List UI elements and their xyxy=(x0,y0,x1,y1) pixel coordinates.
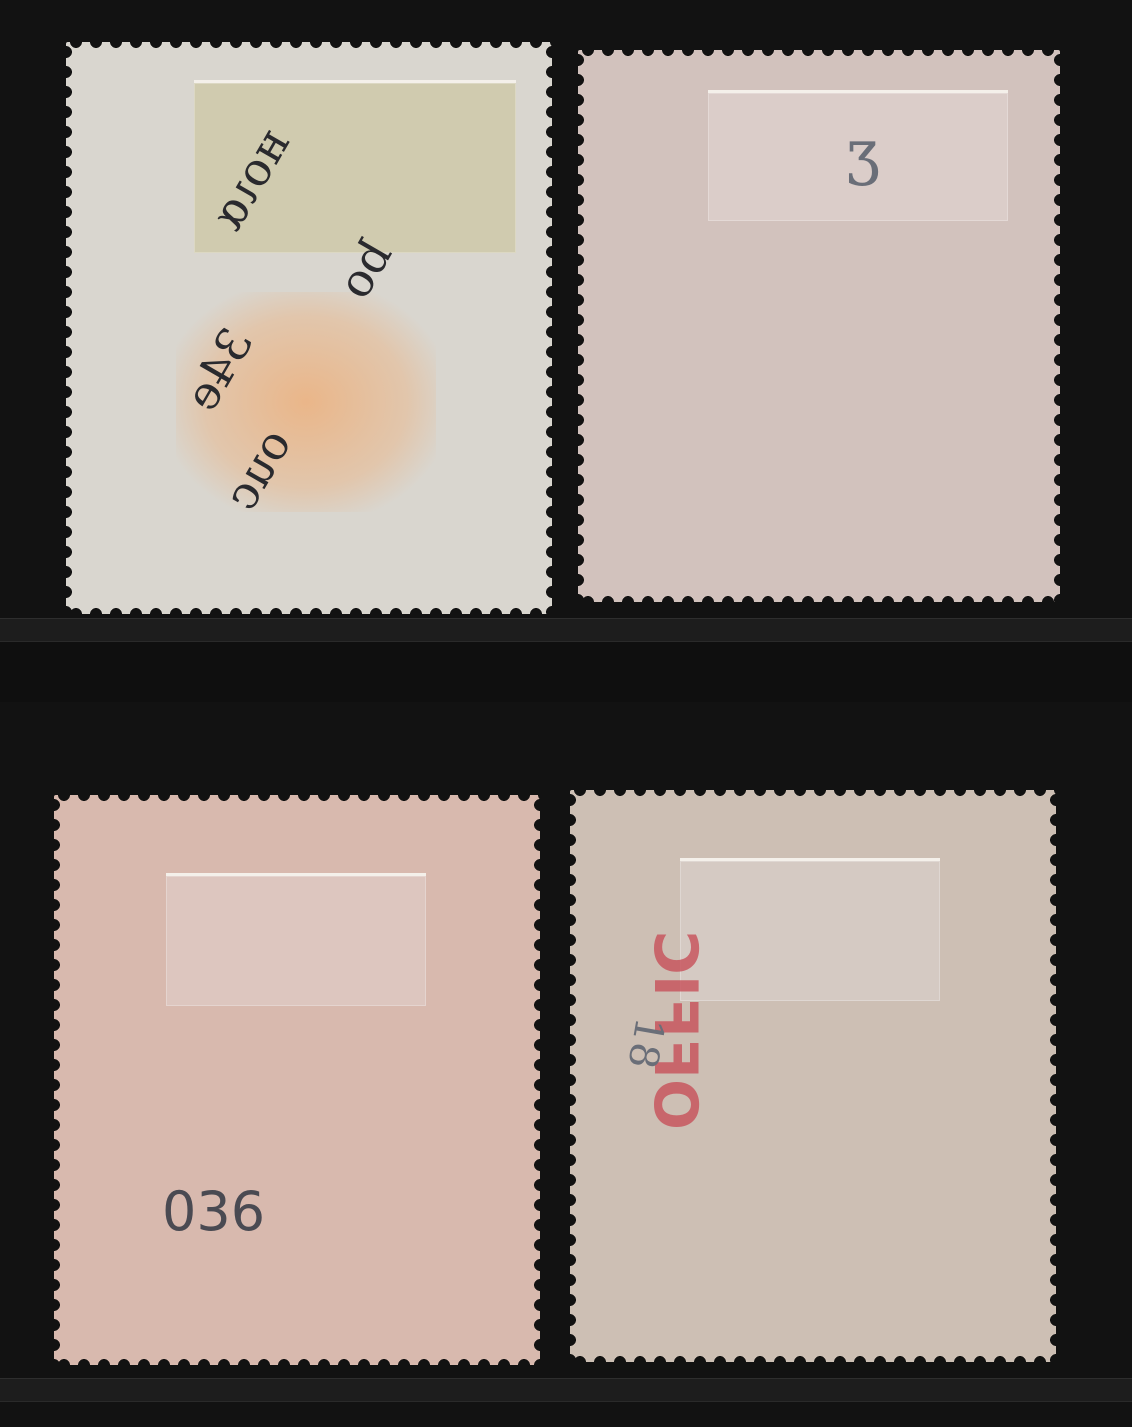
stock-card-strip-top xyxy=(0,618,1132,642)
stamp-hinge xyxy=(680,858,940,1001)
stamp-back-top-right: Ʒ xyxy=(578,50,1060,602)
pencil-mark: 18 xyxy=(618,1014,672,1072)
stamp-back-bottom-left: 036 xyxy=(54,795,540,1365)
stamp-back-top-left: ноια bo 34e ouc xyxy=(66,42,552,614)
stock-card-gap xyxy=(0,642,1132,702)
pencil-mark: Ʒ xyxy=(846,130,880,200)
stamp-hinge xyxy=(166,873,426,1006)
stock-card-strip-bottom xyxy=(0,1378,1132,1402)
pencil-catalog-number: 036 xyxy=(162,1180,265,1243)
stamp-back-bottom-right: OFFIC 18 xyxy=(570,790,1056,1362)
